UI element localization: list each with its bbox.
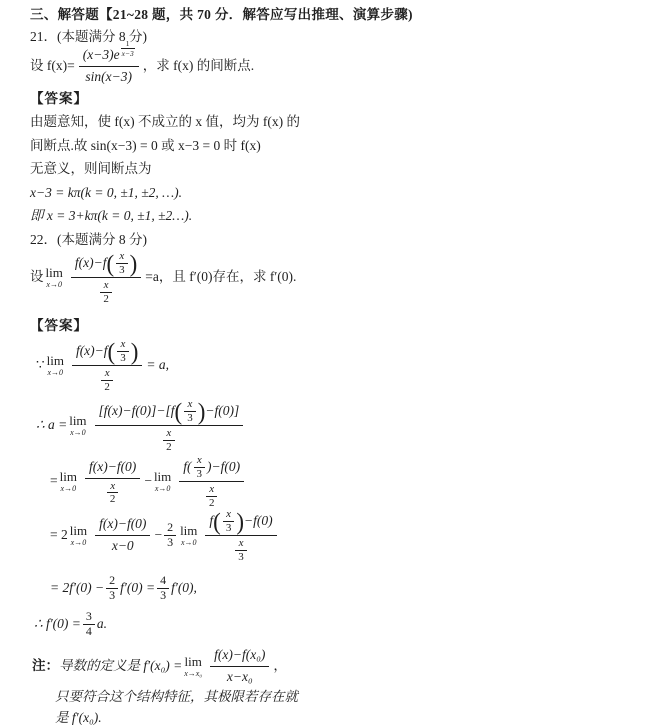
q22-step1: ∵ lim x→0 f(x)−f ( x 3 ) x 2 = a,: [36, 338, 169, 394]
numerator-post: −f(0)]: [205, 402, 239, 421]
q21-solution-line-3: 无意义，则间断点为: [30, 157, 300, 181]
inner-denominator: 2: [100, 292, 112, 306]
q21-solution-line-4: x−3 = kπ(k = 0, ±1, ±2, …).: [30, 181, 300, 205]
x-over-2-fraction: x 2: [163, 427, 175, 453]
note-definition-pre: 导数的定义是 f′(x₀) =: [59, 657, 182, 676]
lim-subscript: x→0: [46, 281, 62, 289]
q21-answer-label: 【答案】: [30, 90, 88, 109]
inner-numerator: x: [107, 480, 119, 493]
inner-numerator: 2: [164, 521, 176, 535]
fraction-denominator: x−0: [95, 535, 150, 556]
q21-exponent-fraction: 1 x−3: [121, 39, 135, 58]
fraction-denominator: x−x₀: [210, 666, 269, 687]
inner-numerator: x: [100, 279, 112, 292]
q21-solution-line-2: 间断点.故 sin(x−3) = 0 或 x−3 = 0 时 f(x): [30, 134, 300, 158]
fraction-numerator: f(x)−f(x₀): [210, 646, 269, 666]
lim-subscript: x→0: [61, 485, 77, 493]
lim-symbol: lim: [180, 524, 197, 537]
x-over-3-fraction: x 3: [223, 508, 235, 534]
inner-numerator: 3: [83, 610, 95, 624]
lim-subscript: x→0: [155, 485, 171, 493]
inner-denominator: 3: [116, 263, 128, 277]
step6-post: a.: [97, 615, 107, 634]
fraction: f(x)−f(0) x−0: [95, 515, 150, 556]
fraction-denominator: x 3: [205, 535, 276, 563]
close-paren: ): [236, 509, 244, 533]
inner-denominator: 3: [157, 588, 169, 603]
q22-fraction-numerator: f(x)−f ( x 3 ): [71, 250, 141, 277]
two-thirds-fraction: 2 3: [164, 521, 176, 550]
note-label: 注：: [32, 657, 59, 676]
lim-subscript: x→0: [181, 539, 197, 547]
lim-subscript: x→0: [71, 539, 87, 547]
open-paren: (: [213, 509, 221, 533]
x-over-3-fraction: x 3: [116, 250, 128, 276]
q22-step2: ∴ a = lim x→0 [f(x)−f(0)]−[f ( x 3 ) −f(…: [36, 398, 247, 454]
q22-main-fraction: f(x)−f ( x 3 ) x 2: [71, 250, 141, 306]
q21-problem-formula: 设 f(x)= (x−3)e 1 x−3 sin(x−3) ，求 f(x) 的间…: [30, 46, 254, 87]
fraction-numerator: f ( x 3 ) −f(0): [205, 508, 276, 535]
open-paren: (: [108, 339, 116, 363]
lim-symbol: lim: [69, 414, 86, 427]
fraction: f(x)−f(0) x 2: [85, 458, 140, 506]
step5-post: f′(0),: [171, 579, 197, 598]
inner-numerator: x: [235, 537, 247, 550]
x-over-2-fraction: x 2: [206, 483, 218, 509]
q21-fraction-denominator: sin(x−3): [79, 66, 139, 87]
inner-numerator: x: [184, 398, 196, 411]
inner-denominator: 3: [117, 351, 129, 365]
fraction: f(x)−f(x₀) x−x₀: [210, 646, 269, 687]
note-line-2: 只要符合这个结构特征，其极限若存在就: [55, 688, 298, 707]
inner-denominator: 2: [107, 492, 119, 506]
exam-solution-page: 三、解答题【21~28 题，共 70 分．解答应写出推理、演算步骤) 21．(本…: [0, 0, 667, 728]
q21-solution: 由题意知，使 f(x) 不成立的 x 值，均为 f(x) 的 间断点.故 sin…: [30, 110, 300, 228]
fraction-denominator: x 2: [95, 425, 244, 453]
fraction-denominator: x 2: [85, 478, 140, 506]
inner-numerator: x: [117, 338, 129, 351]
three-quarters-fraction: 3 4: [83, 610, 95, 639]
numerator-pre: f(: [183, 458, 191, 477]
lim-subscript: x→0: [70, 429, 86, 437]
inner-denominator: 3: [184, 411, 196, 425]
fraction-numerator: f( x 3 )−f(0): [179, 454, 244, 481]
q21-solution-line-1: 由题意知，使 f(x) 不成立的 x 值，均为 f(x) 的: [30, 110, 300, 134]
inner-numerator: 2: [106, 574, 118, 588]
q22-step4: = 2 lim x→0 f(x)−f(0) x−0 − 2 3 lim x→0 …: [50, 508, 281, 564]
section-heading: 三、解答题【21~28 题，共 70 分．解答应写出推理、演算步骤): [30, 6, 413, 25]
fraction: [f(x)−f(0)]−[f ( x 3 ) −f(0)] x 2: [95, 398, 244, 454]
lim-symbol: lim: [185, 655, 202, 668]
x-over-3-fraction: x 3: [235, 537, 247, 563]
lim-symbol: lim: [60, 470, 77, 483]
inner-numerator: 4: [157, 574, 169, 588]
inner-denominator: 2: [101, 380, 113, 394]
limit-operator: lim x→0: [47, 354, 64, 377]
inner-numerator: x: [194, 454, 206, 467]
four-thirds-fraction: 4 3: [157, 574, 169, 603]
q21-setup-post: ，求 f(x) 的间断点.: [143, 57, 254, 76]
minus-sign: −: [154, 526, 162, 545]
inner-numerator: x: [223, 508, 235, 521]
inner-denominator: 4: [83, 624, 95, 639]
inner-denominator: 3: [164, 535, 176, 550]
therefore-a-equals: ∴ a =: [36, 416, 67, 435]
note-line1-comma: ，: [273, 657, 287, 676]
q22-step6: ∴ f′(0) = 3 4 a.: [34, 610, 107, 639]
fraction: f( x 3 )−f(0) x 2: [179, 454, 244, 510]
lim-symbol: lim: [47, 354, 64, 367]
q21-main-fraction: (x−3)e 1 x−3 sin(x−3): [79, 46, 139, 87]
numerator-pre: f(x)−f: [76, 342, 108, 361]
x-over-3-fraction: x 3: [184, 398, 196, 424]
fraction-numerator: [f(x)−f(0)]−[f ( x 3 ) −f(0)]: [95, 398, 244, 425]
lim-symbol: lim: [70, 524, 87, 537]
fraction: f ( x 3 ) −f(0) x 3: [205, 508, 276, 564]
limit-operator: lim x→0: [180, 524, 197, 547]
q22-setup-post: =a，且 f′(0)存在，求 f′(0).: [145, 268, 296, 287]
limit-operator: lim x→0: [70, 524, 87, 547]
inner-denominator: 3: [223, 521, 235, 535]
fraction-denominator: x 2: [179, 481, 244, 509]
q22-fraction-denominator: x 2: [71, 277, 141, 305]
lim-subscript: x→x₀: [184, 670, 202, 678]
x-over-2-fraction: x 2: [100, 279, 112, 305]
x-over-3-fraction: x 3: [117, 338, 129, 364]
inner-denominator: 3: [106, 588, 118, 603]
q21-exponent-numerator: 1: [121, 39, 135, 48]
fraction-numerator: f(x)−f(0): [85, 458, 140, 478]
numerator-post: −f(0): [244, 512, 273, 531]
limit-operator: lim x→0: [69, 414, 86, 437]
x-over-2-fraction: x 2: [107, 480, 119, 506]
step6-pre: ∴ f′(0) =: [34, 615, 81, 634]
close-paren: ): [131, 339, 139, 363]
inner-denominator: 3: [235, 550, 247, 564]
fraction-numerator: f(x)−f ( x 3 ): [72, 338, 142, 365]
q21-fraction-numerator: (x−3)e 1 x−3: [79, 46, 139, 66]
two-thirds-fraction: 2 3: [106, 574, 118, 603]
inner-numerator: x: [206, 483, 218, 496]
q22-problem-formula: 设 lim x→0 f(x)−f ( x 3 ) x 2 =a，且 f′: [30, 250, 296, 306]
step1-equals-a: = a,: [146, 356, 169, 375]
equals-two: = 2: [50, 526, 68, 545]
minus-sign: −: [144, 472, 152, 491]
limit-operator: lim x→0: [60, 470, 77, 493]
q22-step3: = lim x→0 f(x)−f(0) x 2 − lim x→0 f( x: [50, 454, 248, 510]
because-symbol: ∵: [36, 356, 45, 375]
fraction: f(x)−f ( x 3 ) x 2: [72, 338, 142, 394]
lim-symbol: lim: [46, 266, 63, 279]
limit-operator: lim x→0: [46, 266, 63, 289]
limit-operator: lim x→x₀: [184, 655, 202, 678]
numerator-pre: [f(x)−f(0)]−[f: [99, 402, 175, 421]
q21-setup-pre: 设 f(x)=: [30, 57, 75, 76]
fraction-denominator: x 2: [72, 365, 142, 393]
note-line-3: 是 f′(x₀).: [55, 709, 102, 728]
x-over-2-fraction: x 2: [101, 367, 113, 393]
q21-numerator-base: (x−3)e: [83, 46, 120, 65]
q22-step5: = 2f′(0) − 2 3 f′(0) = 4 3 f′(0),: [50, 574, 197, 603]
numerator-post: )−f(0): [207, 458, 240, 477]
lim-subscript: x→0: [47, 369, 63, 377]
inner-numerator: x: [163, 427, 175, 440]
open-paren: (: [106, 251, 114, 275]
q21-solution-line-5: 即 x = 3+kπ(k = 0, ±1, ±2…).: [30, 204, 300, 228]
q22-answer-label: 【答案】: [30, 317, 88, 336]
x-over-3-fraction: x 3: [194, 454, 206, 480]
limit-operator: lim x→0: [154, 470, 171, 493]
close-paren: ): [198, 399, 206, 423]
lim-symbol: lim: [154, 470, 171, 483]
q22-numerator-pre: f(x)−f: [75, 254, 107, 273]
inner-denominator: 3: [194, 467, 206, 481]
inner-numerator: x: [116, 250, 128, 263]
step5-mid: f′(0) =: [120, 579, 155, 598]
step5-pre: = 2f′(0) −: [50, 579, 104, 598]
q21-exponent-denominator: x−3: [121, 48, 135, 58]
inner-numerator: x: [101, 367, 113, 380]
close-paren: ): [130, 251, 138, 275]
note-line-1: 注： 导数的定义是 f′(x₀) = lim x→x₀ f(x)−f(x₀) x…: [32, 646, 287, 687]
equals-sign: =: [50, 472, 58, 491]
inner-denominator: 2: [163, 440, 175, 454]
q22-title: 22．(本题满分 8 分): [30, 231, 147, 250]
q22-setup-pre: 设: [30, 268, 44, 287]
fraction-numerator: f(x)−f(0): [95, 515, 150, 535]
open-paren: (: [175, 399, 183, 423]
